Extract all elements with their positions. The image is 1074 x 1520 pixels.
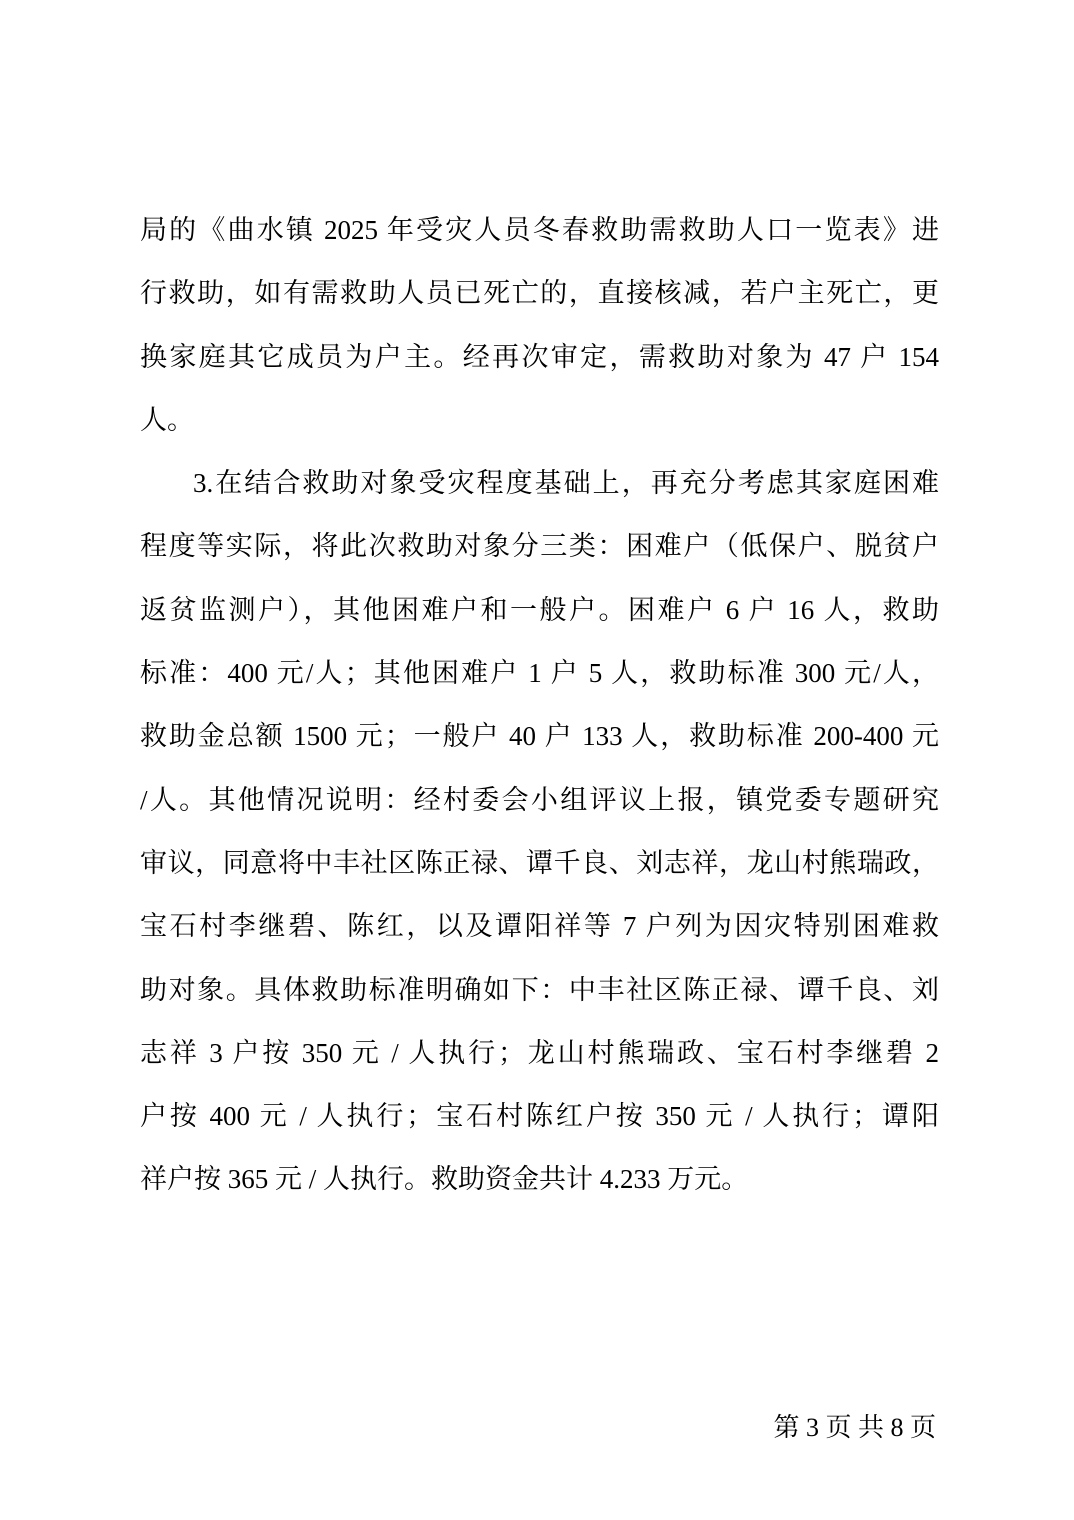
paragraph-continued: 局的《曲水镇 2025 年受灾人员冬春救助需救助人口一览表》进 行救助，如有需救… [140,199,939,452]
text-line: 审议，同意将中丰社区陈正禄、谭千良、刘志祥，龙山村熊瑞政， [140,832,939,895]
text-line: 返贫监测户），其他困难户和一般户。困难户 6 户 16 人，救助 [140,579,939,642]
text-line: 志祥 3 户按 350 元 / 人执行；龙山村熊瑞政、宝石村李继碧 2 [140,1022,939,1085]
text-line: 行救助，如有需救助人员已死亡的，直接核减，若户主死亡，更 [140,262,939,325]
text-line: 救助金总额 1500 元；一般户 40 户 133 人，救助标准 200-400… [140,705,939,768]
document-body: 局的《曲水镇 2025 年受灾人员冬春救助需救助人口一览表》进 行救助，如有需救… [140,199,939,1212]
text-line: 标准：400 元/人；其他困难户 1 户 5 人，救助标准 300 元/人， [140,642,939,705]
text-line: 宝石村李继碧、陈红，以及谭阳祥等 7 户列为因灾特别困难救 [140,895,939,958]
text-line: /人。其他情况说明：经村委会小组评议上报，镇党委专题研究 [140,769,939,832]
page-number-footer: 第 3 页 共 8 页 [773,1408,936,1448]
text-line: 人。 [140,389,939,452]
text-line: 程度等实际，将此次救助对象分三类：困难户（低保户、脱贫户 [140,515,939,578]
paragraph-item-3: 3.在结合救助对象受灾程度基础上，再充分考虑其家庭困难 程度等实际，将此次救助对… [140,452,939,1212]
text-line: 3.在结合救助对象受灾程度基础上，再充分考虑其家庭困难 [140,452,939,515]
text-line: 局的《曲水镇 2025 年受灾人员冬春救助需救助人口一览表》进 [140,199,939,262]
text-line: 助对象。具体救助标准明确如下：中丰社区陈正禄、谭千良、刘 [140,959,939,1022]
text-line: 祥户按 365 元 / 人执行。救助资金共计 4.233 万元。 [140,1148,939,1211]
text-line: 换家庭其它成员为户主。经再次审定，需救助对象为 47 户 154 [140,326,939,389]
document-page: 局的《曲水镇 2025 年受灾人员冬春救助需救助人口一览表》进 行救助，如有需救… [0,0,1074,1520]
text-line: 户按 400 元 / 人执行；宝石村陈红户按 350 元 / 人执行；谭阳 [140,1085,939,1148]
